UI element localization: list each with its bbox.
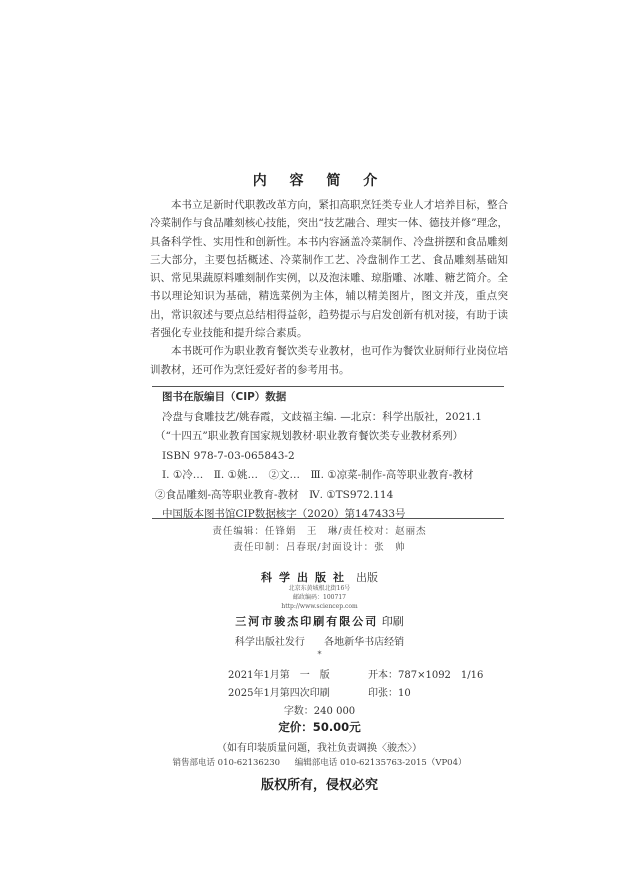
cip-block: 图书在版编目（CIP）数据 冷盘与食雕技艺/姚春霞，文歧福主编. —北京：科学出… (162, 388, 507, 525)
word-count: 字数：240 000 (0, 702, 639, 717)
cip-classification-1: Ⅰ. ①冷… Ⅱ. ①姚… ②文… Ⅲ. ①凉菜-制作-高等职业教育-教材 (162, 466, 507, 486)
print-sheets: 印张：10 (368, 684, 411, 699)
latest-printing: 2025年1月第四次印刷 (228, 688, 330, 699)
cip-top-divider (152, 386, 504, 387)
cip-bottom-divider (152, 518, 504, 519)
first-edition: 2021年1月第 一 版 (228, 670, 330, 681)
printer-line: 三河市骏杰印刷有限公司 印刷 (0, 613, 639, 629)
publisher-address: 北京东黄城根北街16号 (0, 584, 639, 593)
cip-title-line: 冷盘与食雕技艺/姚春霞，文歧福主编. —北京：科学出版社，2021.1 (162, 408, 507, 428)
quality-notice: （如有印装质量问题，我社负责调换〈骏杰〉） (0, 739, 639, 754)
publisher-name: 科学出版社 (261, 571, 351, 584)
credits-block: 责任编辑：任锋娟 王 琳/责任校对：赵丽杰 责任印制：吕春珉/封面设计：张 帅 (0, 524, 639, 556)
cip-heading: 图书在版编目（CIP）数据 (162, 388, 507, 408)
cip-series-line: （“十四五”职业教育国家规划教材·职业教育餐饮类专业教材系列） (155, 427, 507, 447)
distribution-line: 科学出版社发行 各地新华书店经销 (0, 633, 639, 648)
edition-row-1: 2021年1月第 一 版 开本：787×1092 1/16 (228, 666, 330, 681)
cip-classification-2: ②食品雕刻-高等职业教育-教材 Ⅳ. ①TS972.114 (155, 486, 507, 506)
price: 定价：50.00元 (0, 719, 639, 735)
summary-paragraph: 本书立足新时代职教改革方向，紧扣高职烹饪类专业人才培养目标，整合冷菜制作与食品雕… (150, 196, 508, 342)
separator-star: * (0, 650, 639, 659)
credits-production: 责任印制：吕春珉/封面设计：张 帅 (0, 540, 639, 556)
sales-phone: 销售部电话 010-62136230 (172, 758, 280, 768)
summary-paragraph: 本书既可作为职业教育餐饮类专业教材，也可作为餐饮业厨师行业岗位培训教材，还可作为… (150, 342, 508, 379)
credits-editors: 责任编辑：任锋娟 王 琳/责任校对：赵丽杰 (0, 524, 639, 540)
cip-record-number: 中国版本图书馆CIP数据核字（2020）第147433号 (162, 505, 507, 525)
summary-title: 内 容 简 介 (0, 170, 639, 190)
book-format: 开本：787×1092 1/16 (368, 666, 483, 681)
publisher-url[interactable]: http://www.sciencep.com (0, 602, 639, 611)
publisher-line: 科学出版社 出版 (0, 566, 639, 585)
summary-body: 本书立足新时代职教改革方向，紧扣高职烹饪类专业人才培养目标，整合冷菜制作与食品雕… (150, 196, 508, 379)
publisher-postcode: 邮政编码：100717 (0, 593, 639, 602)
editorial-phone: 编辑部电话 010-62135763-2015（VP04） (295, 758, 467, 768)
copyright-notice: 版权所有，侵权必究 (0, 774, 639, 793)
printer-name: 三河市骏杰印刷有限公司 (235, 615, 378, 628)
printer-verb: 印刷 (382, 615, 404, 628)
issuer: 科学出版社发行 (235, 637, 305, 648)
copyright-page: 内 容 简 介 本书立足新时代职教改革方向，紧扣高职烹饪类专业人才培养目标，整合… (0, 0, 639, 889)
cip-isbn: ISBN 978-7-03-065843-2 (162, 447, 507, 467)
edition-row-2: 2025年1月第四次印刷 印张：10 (228, 684, 330, 699)
publisher-verb: 出版 (356, 571, 378, 584)
seller: 各地新华书店经销 (324, 637, 404, 648)
phone-line: 销售部电话 010-62136230 编辑部电话 010-62135763-20… (0, 756, 639, 768)
